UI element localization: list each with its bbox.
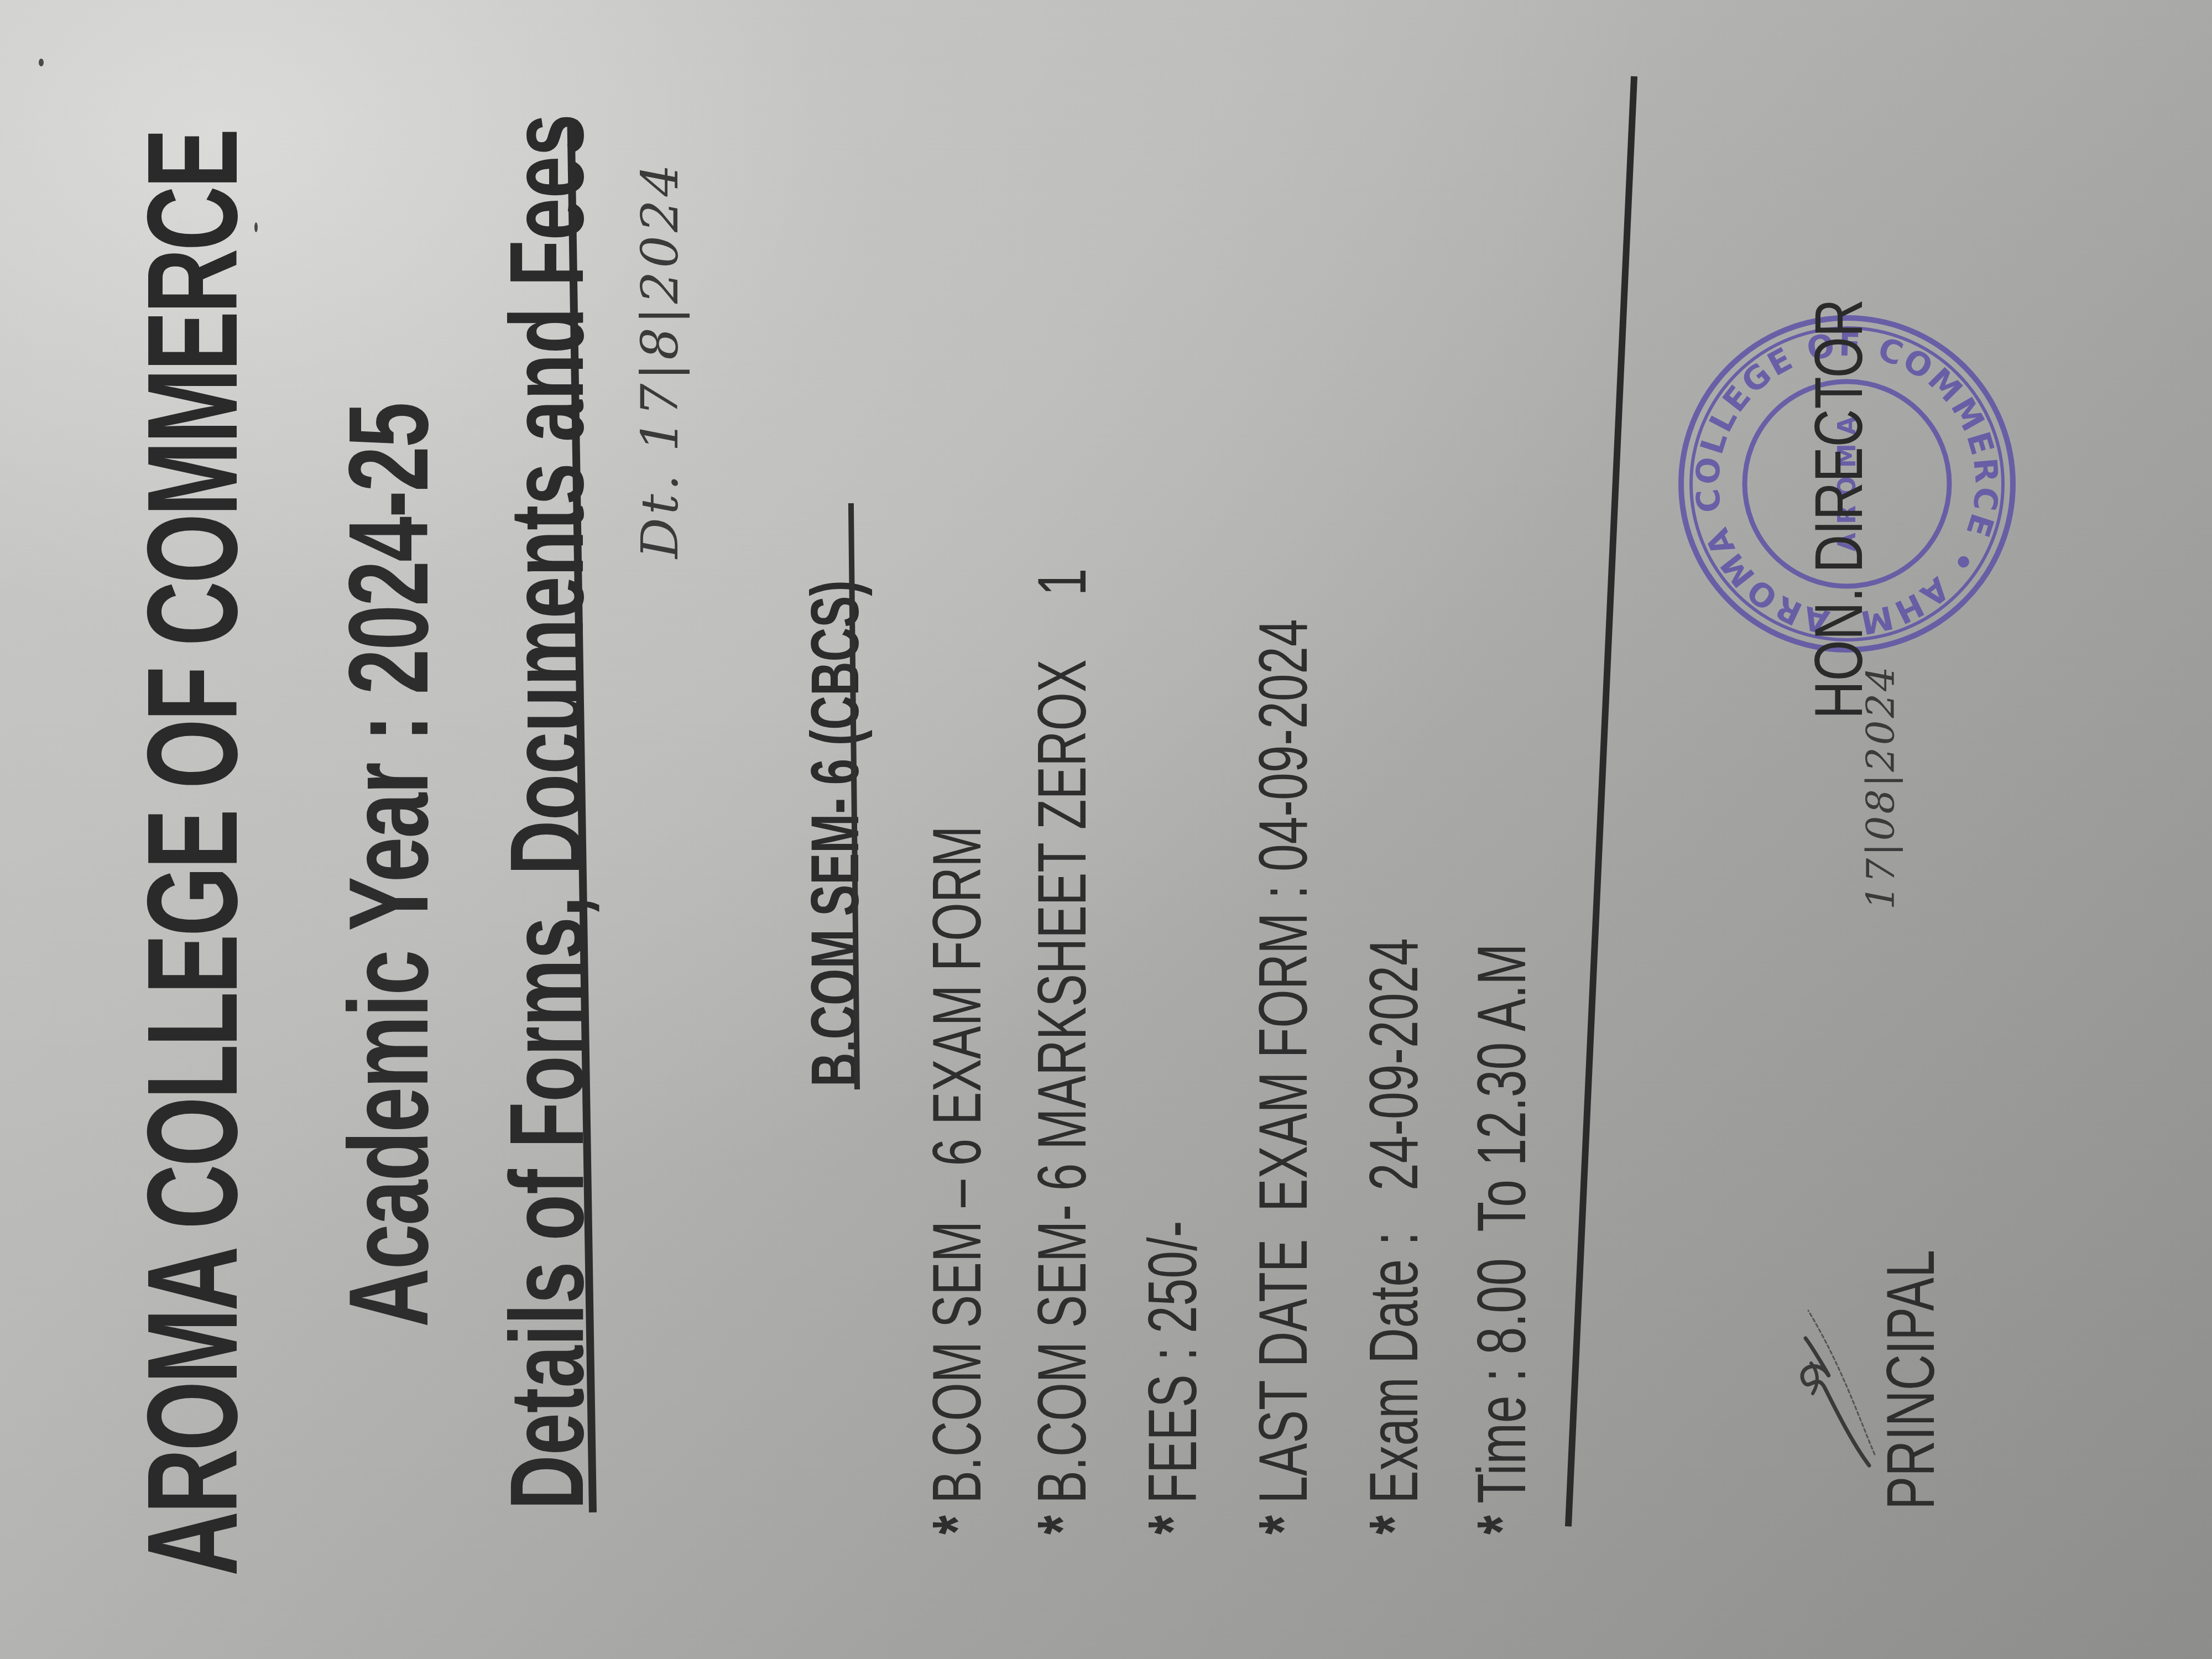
list-item: *Time : 8.00 To 12.30 A.M: [1463, 943, 1541, 1535]
list-item: *FEES : 250/-: [1134, 1221, 1212, 1535]
bullet-star-icon: *: [1463, 1515, 1541, 1535]
list-item-text: B.COM SEM- 6 MARKSHEET ZEROX: [1024, 659, 1100, 1503]
academic-year: Academic Year : 2024-25: [324, 403, 454, 1327]
list-item: *LAST DATE EXAM FORM : 04-09-2024: [1244, 619, 1323, 1535]
list-item-text: B.COM SEM – 6 EXAM FORM: [919, 826, 995, 1503]
principal-label: PRINCIPAL: [1872, 1250, 1949, 1510]
bullet-star-icon: *: [1023, 1515, 1102, 1535]
bullet-star-icon: *: [1134, 1515, 1212, 1535]
bullet-star-icon: *: [1355, 1515, 1433, 1535]
list-item: *B.COM SEM- 6 MARKSHEET ZEROX1: [1023, 568, 1102, 1535]
bullet-star-icon: *: [1244, 1515, 1323, 1535]
document-photo: AROMA COLLEGE OF COMMERCE Academic Year …: [0, 0, 2212, 1659]
list-item-note: 1: [1024, 568, 1100, 596]
list-item: *B.COM SEM – 6 EXAM FORM: [918, 826, 997, 1535]
handwritten-date: Dt. 17|8|2024: [630, 161, 690, 559]
signature-divider-line: [1565, 76, 1637, 1527]
section-title: B.COM SEM- 6 (CBCS): [796, 580, 874, 1087]
list-item-text: Time : 8.00 To 12.30 A.M: [1464, 943, 1540, 1503]
bullet-star-icon: *: [918, 1515, 997, 1535]
principal-signature-icon: [1786, 1300, 1880, 1477]
director-label: HON. DIRECTOR: [1800, 299, 1877, 719]
list-item: *Exam Date : 24-09-2024: [1355, 938, 1433, 1535]
list-item-text: FEES : 250/-: [1135, 1221, 1211, 1504]
paper-speck: [254, 222, 258, 232]
list-item-text: Exam Date : 24-09-2024: [1356, 938, 1432, 1503]
paper-speck: [39, 59, 44, 66]
institution-title: AROMA COLLEGE OF COMMERCE: [119, 131, 267, 1576]
notice-page: AROMA COLLEGE OF COMMERCE Academic Year …: [0, 0, 2212, 1659]
list-item-text: LAST DATE EXAM FORM : 04-09-2024: [1245, 619, 1322, 1503]
